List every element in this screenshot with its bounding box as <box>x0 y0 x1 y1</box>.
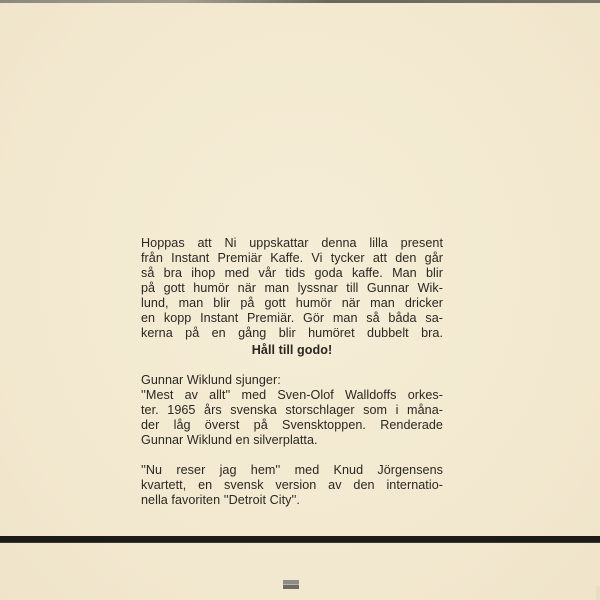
liner-notes: Hoppas att Ni uppskattar denna lilla pre… <box>141 236 443 508</box>
intro-line: så bra ihop med vår tids goda kaffe. Man… <box>141 266 443 281</box>
intro-line: kerna på en gång blir humöret dubbelt br… <box>141 326 443 341</box>
song-one-paragraph: Gunnar Wiklund sjunger: ''Mest av allt''… <box>141 373 443 448</box>
song-two-line: nella favoriten ''Detroit City''. <box>141 493 443 508</box>
intro-paragraph: Hoppas att Ni uppskattar denna lilla pre… <box>141 236 443 341</box>
song-two-line: ''Nu reser jag hem'' med Knud Jörgensens <box>141 463 443 478</box>
song-two-line: kvartett, en svensk version av den inter… <box>141 478 443 493</box>
intro-line: på gott humör när man lyssnar till Gunna… <box>141 281 443 296</box>
closing-heading: Håll till godo! <box>141 343 443 358</box>
song-one-line: Gunnar Wiklund en silverplatta. <box>141 433 443 448</box>
spacer <box>141 448 443 463</box>
song-one-line: Gunnar Wiklund sjunger: <box>141 373 443 388</box>
song-two-paragraph: ''Nu reser jag hem'' med Knud Jörgensens… <box>141 463 443 508</box>
record-label-logo-icon <box>283 580 299 589</box>
paper-wear <box>596 586 600 600</box>
black-rule <box>0 536 600 542</box>
spacer <box>141 358 443 373</box>
intro-line: lund, man blir på gott humör när man dri… <box>141 296 443 311</box>
intro-line: från Instant Premiär Kaffe. Vi tycker at… <box>141 251 443 266</box>
song-one-line: ''Mest av allt'' med Sven-Olof Walldoffs… <box>141 388 443 403</box>
intro-line: en kopp Instant Premiär. Gör man så båda… <box>141 311 443 326</box>
intro-line: Hoppas att Ni uppskattar denna lilla pre… <box>141 236 443 251</box>
song-one-line: der låg överst på Svensktoppen. Renderad… <box>141 418 443 433</box>
song-one-line: ter. 1965 års svenska storschlager som i… <box>141 403 443 418</box>
